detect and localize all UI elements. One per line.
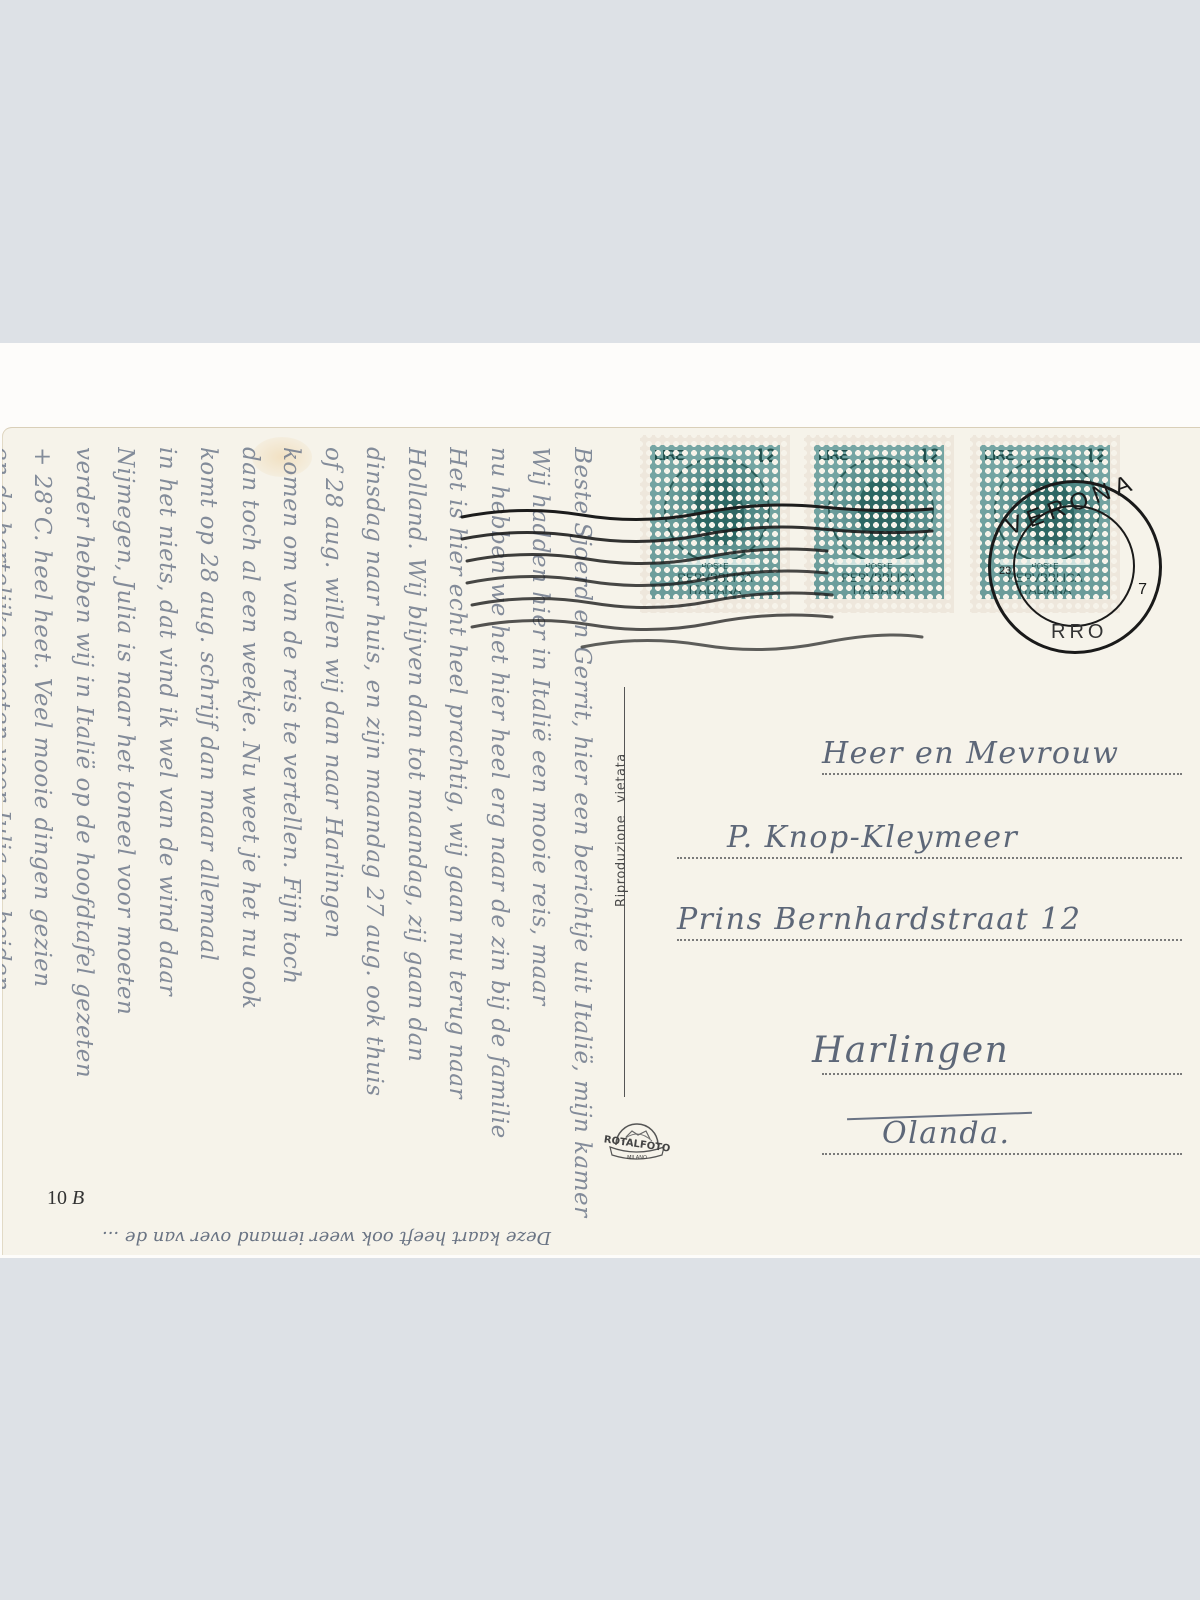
- recipient-city: Harlingen: [812, 1030, 1009, 1071]
- message-line: Holland. Wij blijven dan tot maandag, zi…: [395, 447, 437, 1237]
- stamp-value: 12: [919, 446, 940, 468]
- reproduction-notice: Riproduzionevietata: [614, 753, 629, 907]
- address-line-3: Prins Bernhardstraat 12: [677, 893, 1182, 941]
- message-line: of 28 aug. willen wij dan naar Harlingen: [312, 447, 354, 1237]
- address-line-2: P. Knop-Kleymeer: [677, 811, 1182, 859]
- message-line: verder hebben wij in Italië op de hoofdt…: [63, 447, 105, 1237]
- message-line: + 28°C. heel heet. Veel mooie dingen gez…: [21, 447, 63, 1237]
- message-line: in het niets, dat vind ik wel van de win…: [146, 447, 188, 1237]
- message-postscript: Deze kaart heeft ook weer iemand over va…: [102, 1227, 551, 1248]
- recipient-salutation: Heer en Mevrouw: [822, 736, 1119, 771]
- card-series: B: [72, 1187, 84, 1209]
- recipient-country: Olanda.: [882, 1116, 1011, 1151]
- card-number: 10 B: [47, 1187, 84, 1210]
- wavy-cancellation-lines: [442, 487, 942, 667]
- stamp-currency: LIRE: [818, 447, 848, 464]
- message-line: dan toch al een weekje. Nu weet je het n…: [229, 447, 271, 1237]
- stamp-value: 12: [1085, 446, 1106, 468]
- postcard: Beste Sjoerd en Gerrit, hier een bericht…: [2, 427, 1200, 1255]
- postmark-hour: 7: [1138, 581, 1147, 599]
- publisher-logo: ROTALFOTO MILANO: [602, 1117, 672, 1165]
- circular-postmark: VERONA 23 7 RRO: [988, 480, 1162, 654]
- address-line-1: Heer en Mevrouw: [822, 727, 1182, 775]
- postmark-day: 23: [999, 565, 1011, 577]
- card-number-value: 10: [47, 1187, 67, 1209]
- message-line: en de hartelijke groeten voor Julia en b…: [2, 447, 21, 1237]
- address-line-4: Harlingen: [822, 1027, 1182, 1075]
- message-line: Nijmegen, Julia is naar het toneel voor …: [104, 447, 146, 1237]
- message-line: dinsdag naar huis, en zijn maandag 27 au…: [353, 447, 395, 1237]
- recipient-name: P. Knop-Kleymeer: [727, 820, 1018, 855]
- recipient-street: Prins Bernhardstraat 12: [677, 902, 1081, 937]
- stamp-value: 12: [755, 446, 776, 468]
- prohibited-word: vietata: [614, 753, 629, 803]
- publisher-city: MILANO: [602, 1155, 672, 1161]
- address-line-5: Olanda.: [822, 1107, 1182, 1155]
- message-line: komen om van de reis te vertellen. Fijn …: [270, 447, 312, 1237]
- message-line: komt op 28 aug. schrijf dan maar allemaa…: [187, 447, 229, 1237]
- stamp-currency: LIRE: [654, 447, 684, 464]
- stamp-currency: LIRE: [984, 447, 1014, 464]
- postmark-station: RRO: [1051, 621, 1107, 644]
- reproduction-word: Riproduzione: [614, 815, 629, 907]
